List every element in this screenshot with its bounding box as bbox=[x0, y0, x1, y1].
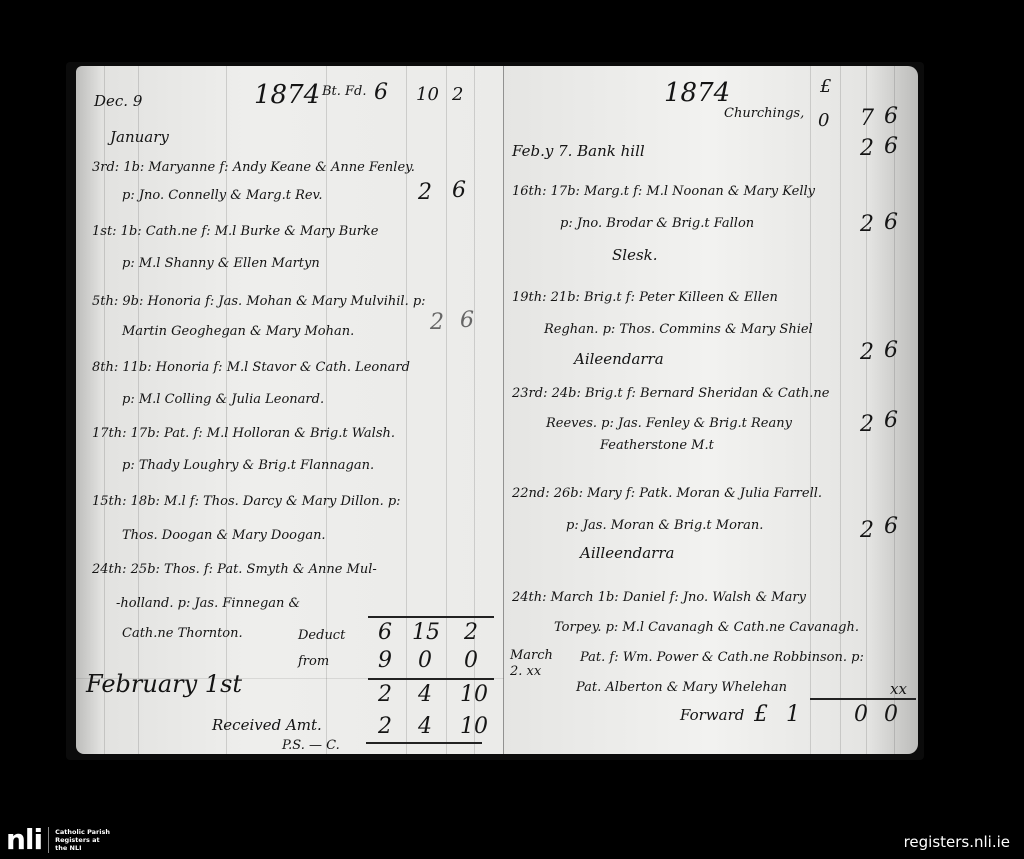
header-note: Churchings, bbox=[724, 106, 804, 121]
image-viewer: Dec. 9 1874 Bt. Fd. 6 10 2 January 3rd: … bbox=[0, 0, 1024, 859]
nli-logo-mark: nli bbox=[6, 826, 42, 854]
header-year: 1874 bbox=[664, 78, 730, 108]
nli-logo[interactable]: nli Catholic Parish Registers at the NLI bbox=[6, 826, 110, 854]
footer-note: February 1st bbox=[86, 670, 242, 698]
header-amount-shillings: 10 bbox=[416, 84, 439, 105]
right-page: 1874 Churchings, £ 0 7 6 2 6 Feb.y 7. Ba… bbox=[504, 66, 918, 754]
register-book: Dec. 9 1874 Bt. Fd. 6 10 2 January 3rd: … bbox=[66, 62, 924, 760]
site-link[interactable]: registers.nli.ie bbox=[904, 833, 1010, 851]
header-amount-pence: 2 bbox=[452, 84, 463, 105]
left-page: Dec. 9 1874 Bt. Fd. 6 10 2 January 3rd: … bbox=[76, 66, 504, 754]
corner-note: Dec. 9 bbox=[94, 92, 142, 110]
header-note: Bt. Fd. bbox=[322, 84, 367, 99]
logo-divider bbox=[48, 827, 49, 853]
header-year: 1874 bbox=[254, 80, 320, 110]
header-amount-pounds: 6 bbox=[374, 80, 388, 105]
month-heading: January bbox=[110, 128, 169, 146]
place-heading: Feb.y 7. Bank hill bbox=[512, 142, 645, 160]
pound-label: £ bbox=[820, 76, 831, 97]
logo-text: Catholic Parish Registers at the NLI bbox=[55, 828, 110, 852]
